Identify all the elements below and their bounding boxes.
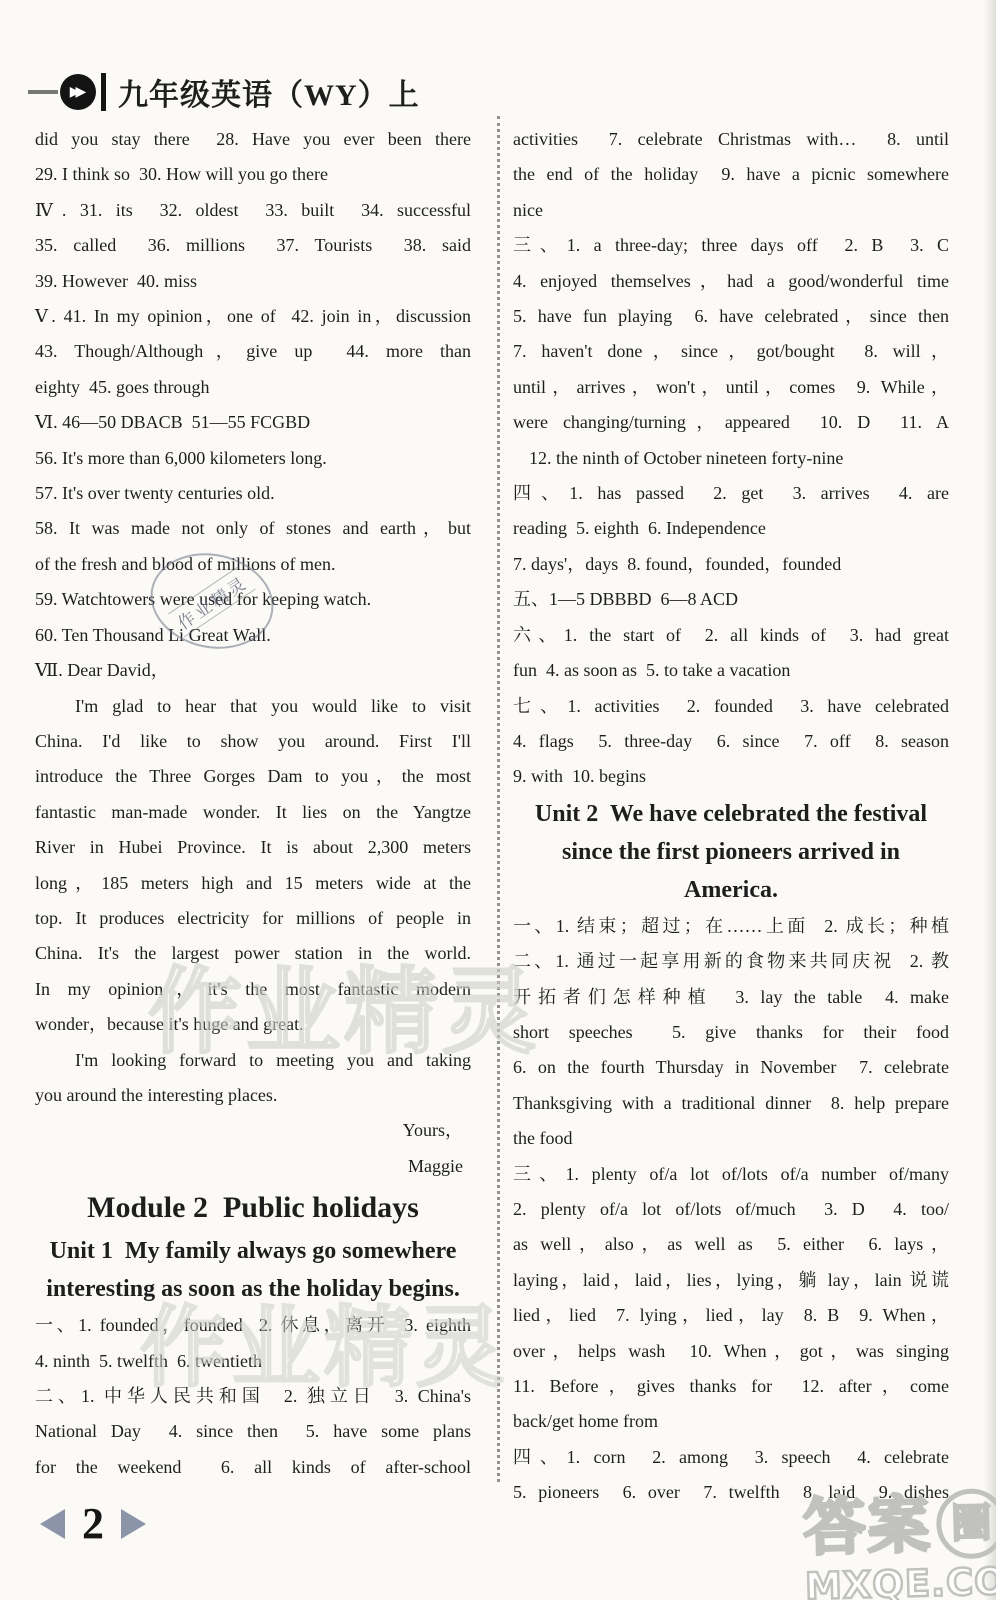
scanned-answer-page: { "header": { "title": "九年级英语（WY）上" }, "… (0, 0, 996, 1600)
answer-line: 三、1. a three-day; three days off 2. B 3.… (513, 228, 949, 263)
answer-line: 4. ninth 5. twelfth 6. twentieth (35, 1344, 471, 1379)
book-title: 九年级英语（WY）上 (118, 70, 420, 114)
answer-line: Thanksgiving with a traditional dinner 8… (513, 1086, 949, 1121)
answer-line: Yours， (35, 1113, 471, 1148)
answer-line: Ⅶ. Dear David， (35, 653, 471, 688)
answer-line: 35. called 36. millions 37. Tourists 38.… (35, 228, 471, 263)
answer-line: 七、1. activities 2. founded 3. have celeb… (513, 689, 949, 724)
page-navigation: 2 (40, 1502, 146, 1546)
answer-line: 一、1. 结束；超过；在……上面 2. 成长；种植 (513, 909, 949, 944)
answer-line: Ⅳ. 31. its 32. oldest 33. built 34. succ… (35, 193, 471, 228)
answer-line: for the weekend 6. all kinds of after-sc… (35, 1450, 471, 1485)
answer-line: short speeches 5. give thanks for their … (513, 1015, 949, 1050)
answer-line: Ⅴ. 41. In my opinion，one of 42. join in，… (35, 299, 471, 334)
answer-line: 6. on the fourth Thursday in November 7.… (513, 1050, 949, 1085)
answer-line: 56. It's more than 6,000 kilometers long… (35, 441, 471, 476)
stamp-text: 作业精灵 (168, 565, 256, 637)
answer-line: Maggie (35, 1149, 471, 1184)
answer-line: activities 7. celebrate Christmas with… … (513, 122, 949, 157)
unit-heading: Unit 1 My family always go somewhere (35, 1232, 471, 1270)
answer-line: 11. Before，gives thanks for 12. after，co… (513, 1369, 949, 1404)
unit-heading: interesting as soon as the holiday begin… (35, 1270, 471, 1308)
answer-line: nice (513, 193, 949, 228)
unit-heading: Unit 2 We have celebrated the festival (513, 795, 949, 833)
brand-circle-icon: 圈 (936, 1488, 996, 1560)
answer-line: you around the interesting places. (35, 1078, 471, 1113)
answer-line: wonder，because it's huge and great. (35, 1007, 471, 1042)
answer-line: 四、1. corn 2. among 3. speech 4. celebrat… (513, 1440, 949, 1475)
answer-line: 29. I think so 30. How will you go there (35, 157, 471, 192)
answer-line: 四、1. has passed 2. get 3. arrives 4. are (513, 476, 949, 511)
answer-line: the food (513, 1121, 949, 1156)
answer-line: 开拓者们怎样种植 3. lay the table 4. make (513, 980, 949, 1015)
answer-line: River in Hubei Province. It is about 2,3… (35, 830, 471, 865)
answer-line: 4. flags 5. three-day 6. since 7. off 8.… (513, 724, 949, 759)
answer-line: 43. Though/Although，give up 44. more tha… (35, 334, 471, 369)
answer-line: 五、1—5 DBBBD 6—8 ACD (513, 582, 949, 617)
answers-column-left: did you stay there 28. Have you ever bee… (35, 122, 471, 1485)
answer-line: 六、1. the start of 2. all kinds of 3. had… (513, 618, 949, 653)
brand-site-text: MXQE.COM (804, 1561, 996, 1600)
answer-line: China. I'd like to show you around. Firs… (35, 724, 471, 759)
answer-line: China. It's the largest power station in… (35, 936, 471, 971)
prev-page-icon[interactable] (40, 1509, 65, 1539)
answer-line: lied，lied 7. lying，lied，lay 8. B 9. When… (513, 1298, 949, 1333)
answer-line: 5. have fun playing 6. have celebrated，s… (513, 299, 949, 334)
answer-line: top. It produces electricity for million… (35, 901, 471, 936)
column-divider (497, 116, 500, 1482)
fast-forward-logo-icon: ▶▶ (60, 74, 96, 110)
answer-line: 2. plenty of/a lot of/lots of/much 3. D … (513, 1192, 949, 1227)
unit-heading: since the first pioneers arrived in Amer… (513, 833, 949, 909)
answer-line: I'm glad to hear that you would like to … (35, 689, 471, 724)
answer-line: as well，also，as well as 5. either 6. lay… (513, 1227, 949, 1262)
answer-line: 4. enjoyed themselves，had a good/wonderf… (513, 264, 949, 299)
answer-line: 一、1. founded，founded 2. 休息，离开 3. eighth (35, 1308, 471, 1343)
answer-line: back/get home from (513, 1404, 949, 1439)
answer-line: In my opinion，it's the most fantastic mo… (35, 972, 471, 1007)
answer-line: 三、1. plenty of/a lot of/lots of/a number… (513, 1157, 949, 1192)
answer-line: did you stay there 28. Have you ever bee… (35, 122, 471, 157)
header-divider-bar (101, 73, 106, 111)
brand-name-text: 答案 (803, 1494, 933, 1559)
header-dash (28, 90, 58, 94)
answer-line: 二、1. 通过一起享用新的食物来共同庆祝 2. 教 (513, 944, 949, 979)
answer-site-watermark: 答案 圈 MXQE.COM (803, 1487, 996, 1600)
page-header: ▶▶ 九年级英语（WY）上 (28, 70, 420, 114)
answer-line: introduce the Three Gorges Dam to you，th… (35, 759, 471, 794)
answer-line: 39. However 40. miss (35, 264, 471, 299)
answer-line: laying，laid，laid，lies，lying，躺 lay，lain 说… (513, 1263, 949, 1298)
answer-line: were changing/turning，appeared 10. D 11.… (513, 405, 949, 440)
answer-line: I'm looking forward to meeting you and t… (35, 1043, 471, 1078)
answer-line: 58. It was made not only of stones and e… (35, 511, 471, 546)
answer-line: until，arrives，won't，until，comes 9. While… (513, 370, 949, 405)
answer-line: 12. the ninth of October nineteen forty-… (513, 441, 949, 476)
page-number: 2 (82, 1502, 104, 1546)
answer-line: long，185 meters high and 15 meters wide … (35, 866, 471, 901)
answer-line: reading 5. eighth 6. Independence (513, 511, 949, 546)
answer-line: 7. days'，days 8. found，founded，founded (513, 547, 949, 582)
answer-line: National Day 4. since then 5. have some … (35, 1414, 471, 1449)
answer-line: 7. haven't done，since，got/bought 8. will… (513, 334, 949, 369)
answer-line: 9. with 10. begins (513, 759, 949, 794)
scan-edge-shadow (984, 0, 996, 1600)
answer-line: 57. It's over twenty centuries old. (35, 476, 471, 511)
answer-line: Ⅵ. 46—50 DBACB 51—55 FCGBD (35, 405, 471, 440)
answer-line: fun 4. as soon as 5. to take a vacation (513, 653, 949, 688)
answers-column-right: activities 7. celebrate Christmas with… … (513, 122, 949, 1511)
answer-line: over，helps wash 10. When，got，was singing (513, 1334, 949, 1369)
answer-line: fantastic man-made wonder. It lies on th… (35, 795, 471, 830)
module-heading: Module 2 Public holidays (35, 1184, 471, 1232)
answer-line: eighty 45. goes through (35, 370, 471, 405)
answer-line: 二、1. 中华人民共和国 2. 独立日 3. China's (35, 1379, 471, 1414)
answer-line: the end of the holiday 9. have a picnic … (513, 157, 949, 192)
next-page-icon[interactable] (121, 1509, 146, 1539)
brand-circled-char: 圈 (951, 1503, 992, 1544)
